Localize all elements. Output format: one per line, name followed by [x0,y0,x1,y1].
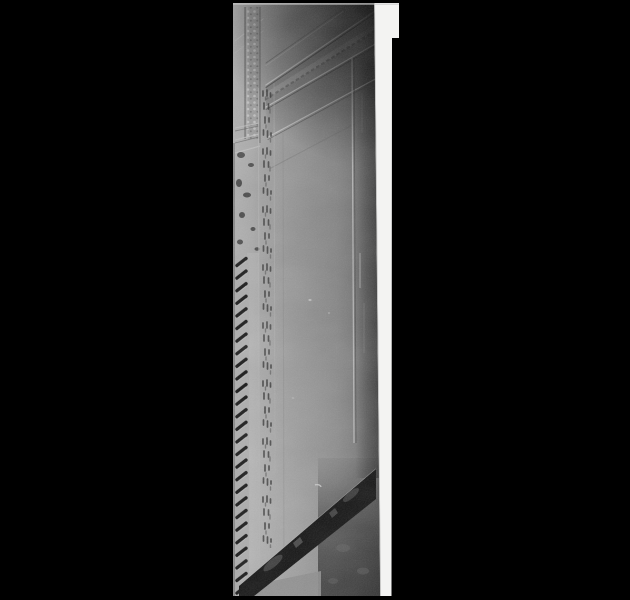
film-grain-texture [233,3,381,596]
photo-image [233,3,399,596]
photograph [233,3,399,596]
page-background [0,0,630,600]
